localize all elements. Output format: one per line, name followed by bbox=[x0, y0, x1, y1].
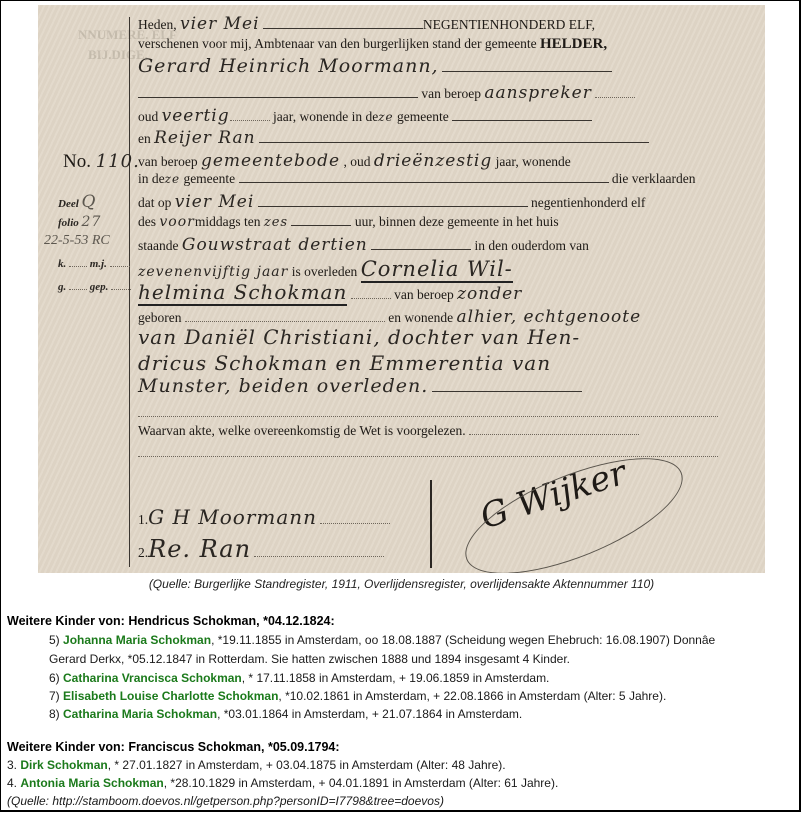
no-value: 110. bbox=[96, 151, 140, 172]
row-address: staande Gouwstraat dertien in den ouderd… bbox=[138, 235, 748, 255]
scan-caption: (Quelle: Burgerlijke Standregister, 1911… bbox=[0, 577, 803, 591]
row-age1: oud veertig jaar, wonende in deze gemeen… bbox=[138, 106, 748, 126]
row-dat-op: dat op vier Mei negentienhonderd elf bbox=[138, 192, 748, 212]
person-link[interactable]: Antonia Maria Schokman bbox=[20, 776, 163, 790]
k-mj-labels: k. m.j. bbox=[58, 258, 130, 270]
row-verschenen: verschenen voor mij, Ambtenaar van den b… bbox=[138, 36, 748, 53]
list-item: 6) Catharina Vrancisca Schokman, * 17.11… bbox=[49, 671, 549, 685]
g-gep-labels: g. gep. bbox=[58, 281, 131, 293]
row-detail-a: van Daniël Christiani, dochter van Hen- bbox=[138, 325, 748, 349]
section2-heading: Weitere Kinder von: Franciscus Schokman,… bbox=[7, 740, 340, 754]
row-deceased-2: helmina Schokman van beroep zonder bbox=[138, 280, 748, 304]
row-blank bbox=[138, 405, 748, 421]
person-link[interactable]: Catharina Maria Schokman bbox=[63, 707, 217, 721]
person-link[interactable]: Johanna Maria Schokman bbox=[63, 633, 211, 647]
list-item-continuation: Gerard Derkx, *05.12.1847 in Rotterdam. … bbox=[49, 652, 570, 666]
row-date: Heden, vier Mei NEGENTIENHONDERD ELF, bbox=[138, 14, 748, 34]
section1-heading: Weitere Kinder von: Hendricus Schokman, … bbox=[7, 614, 335, 628]
row-beroep1: van beroep aanspreker bbox=[138, 83, 748, 103]
row-hour: des voormiddags ten zes uur, binnen deze… bbox=[138, 214, 748, 230]
row-beroep2: van beroep gemeentebode , oud drieënzest… bbox=[138, 151, 748, 171]
row-geboren: geboren en wonende alhier, echtgenoote bbox=[138, 307, 748, 327]
list-item: 5) Johanna Maria Schokman, *19.11.1855 i… bbox=[49, 633, 715, 647]
record-number: No. 110. bbox=[63, 151, 140, 173]
person-link[interactable]: Dirk Schokman bbox=[20, 758, 107, 772]
folio-label: folio 27 bbox=[58, 214, 101, 230]
row-die-verklaarden: in deze gemeente die verklaarden bbox=[138, 171, 748, 187]
margin-note: 22-5-53 RC bbox=[44, 233, 110, 249]
row-declarant1: Gerard Heinrich Moormann, bbox=[138, 55, 748, 77]
death-record-scan: NNUMERE. ELF BIJ.DIGE, No. 110. Deel Q f… bbox=[38, 5, 765, 573]
row-declarant2: en Reijer Ran bbox=[138, 128, 748, 148]
row-deceased: zevenenvijftig jaar is overleden Corneli… bbox=[138, 257, 748, 281]
person-link[interactable]: Elisabeth Louise Charlotte Schokman bbox=[63, 689, 278, 703]
person-link[interactable]: Catharina Vrancisca Schokman bbox=[63, 671, 242, 685]
source-citation: (Quelle: http://stamboom.doevos.nl/getpe… bbox=[7, 794, 444, 808]
row-detail-b: dricus Schokman en Emmerentia van bbox=[138, 351, 748, 375]
signature-divider bbox=[430, 480, 432, 568]
row-detail-c: Munster, beiden overleden. bbox=[138, 375, 748, 397]
row-waarvan: Waarvan akte, welke overeenkomstig de We… bbox=[138, 423, 748, 439]
list-item: 3. Dirk Schokman, * 27.01.1827 in Amster… bbox=[7, 758, 506, 772]
deel-label: Deel Q bbox=[58, 192, 96, 212]
list-item: 7) Elisabeth Louise Charlotte Schokman, … bbox=[49, 689, 666, 703]
no-label: No. bbox=[63, 151, 91, 172]
list-item: 4. Antonia Maria Schokman, *28.10.1829 i… bbox=[7, 776, 558, 790]
list-item: 8) Catharina Maria Schokman, *03.01.1864… bbox=[49, 707, 522, 721]
witness-signature-2: 2.Re. Ran bbox=[138, 535, 748, 563]
